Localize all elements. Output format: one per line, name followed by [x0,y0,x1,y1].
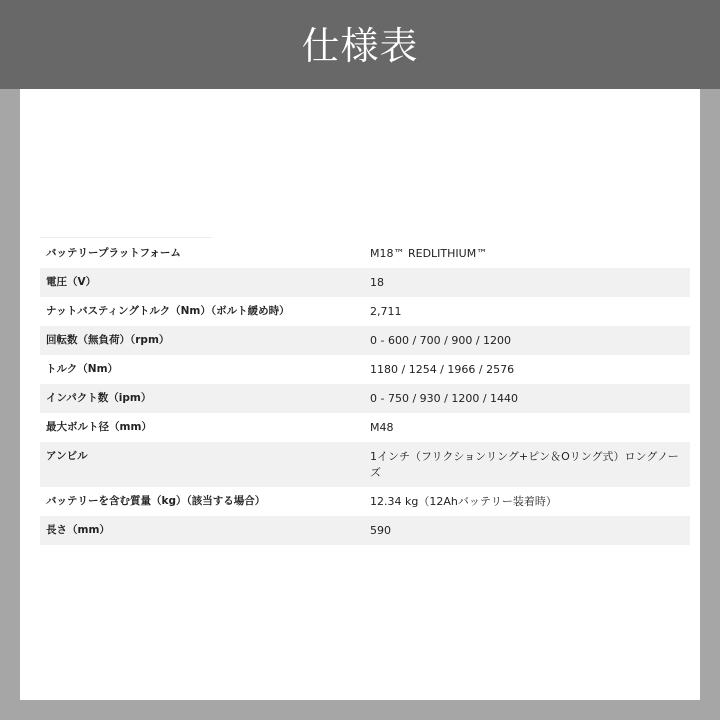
spec-label: ナットバスティングトルク（Nm）（ボルト緩め時） [40,297,370,326]
spec-value: M48 [370,413,690,442]
table-top-divider [40,237,212,238]
spec-row-max-bolt-size: 最大ボルト径（mm） M48 [40,413,690,442]
spec-value: 0 - 750 / 930 / 1200 / 1440 [370,384,690,413]
spec-label: 回転数（無負荷）（rpm） [40,326,370,355]
spec-row-no-load-speed: 回転数（無負荷）（rpm） 0 - 600 / 700 / 900 / 1200 [40,326,690,355]
spec-row-torque: トルク（Nm） 1180 / 1254 / 1966 / 2576 [40,355,690,384]
spec-row-voltage: 電圧（V） 18 [40,268,690,297]
spec-table: バッテリープラットフォーム M18™ REDLITHIUM™ 電圧（V） 18 … [40,239,690,545]
spec-label: バッテリーを含む質量（kg）（該当する場合） [40,487,370,516]
spec-label: アンビル [40,442,370,487]
spec-row-length: 長さ（mm） 590 [40,516,690,545]
spec-value: 18 [370,268,690,297]
spec-row-nut-busting-torque: ナットバスティングトルク（Nm）（ボルト緩め時） 2,711 [40,297,690,326]
page-title: 仕様表 [301,15,418,70]
spec-row-weight: バッテリーを含む質量（kg）（該当する場合） 12.34 kg（12Ahバッテリ… [40,487,690,516]
spec-value: M18™ REDLITHIUM™ [370,239,690,268]
spec-value: 12.34 kg（12Ahバッテリー装着時） [370,487,690,516]
spec-label: バッテリープラットフォーム [40,239,370,268]
spec-row-battery-platform: バッテリープラットフォーム M18™ REDLITHIUM™ [40,239,690,268]
spec-row-anvil: アンビル 1インチ（フリクションリング+ピン＆Oリング式）ロングノーズ [40,442,690,487]
spec-label: インパクト数（ipm） [40,384,370,413]
spec-label: 長さ（mm） [40,516,370,545]
spec-value: 1180 / 1254 / 1966 / 2576 [370,355,690,384]
header-banner: 仕様表 [0,0,720,89]
spec-value: 0 - 600 / 700 / 900 / 1200 [370,326,690,355]
spec-row-impact-rate: インパクト数（ipm） 0 - 750 / 930 / 1200 / 1440 [40,384,690,413]
spec-panel: バッテリープラットフォーム M18™ REDLITHIUM™ 電圧（V） 18 … [20,89,700,700]
spec-value: 590 [370,516,690,545]
spec-label: 最大ボルト径（mm） [40,413,370,442]
spec-value: 1インチ（フリクションリング+ピン＆Oリング式）ロングノーズ [370,442,690,487]
spec-label: 電圧（V） [40,268,370,297]
spec-value: 2,711 [370,297,690,326]
spec-label: トルク（Nm） [40,355,370,384]
